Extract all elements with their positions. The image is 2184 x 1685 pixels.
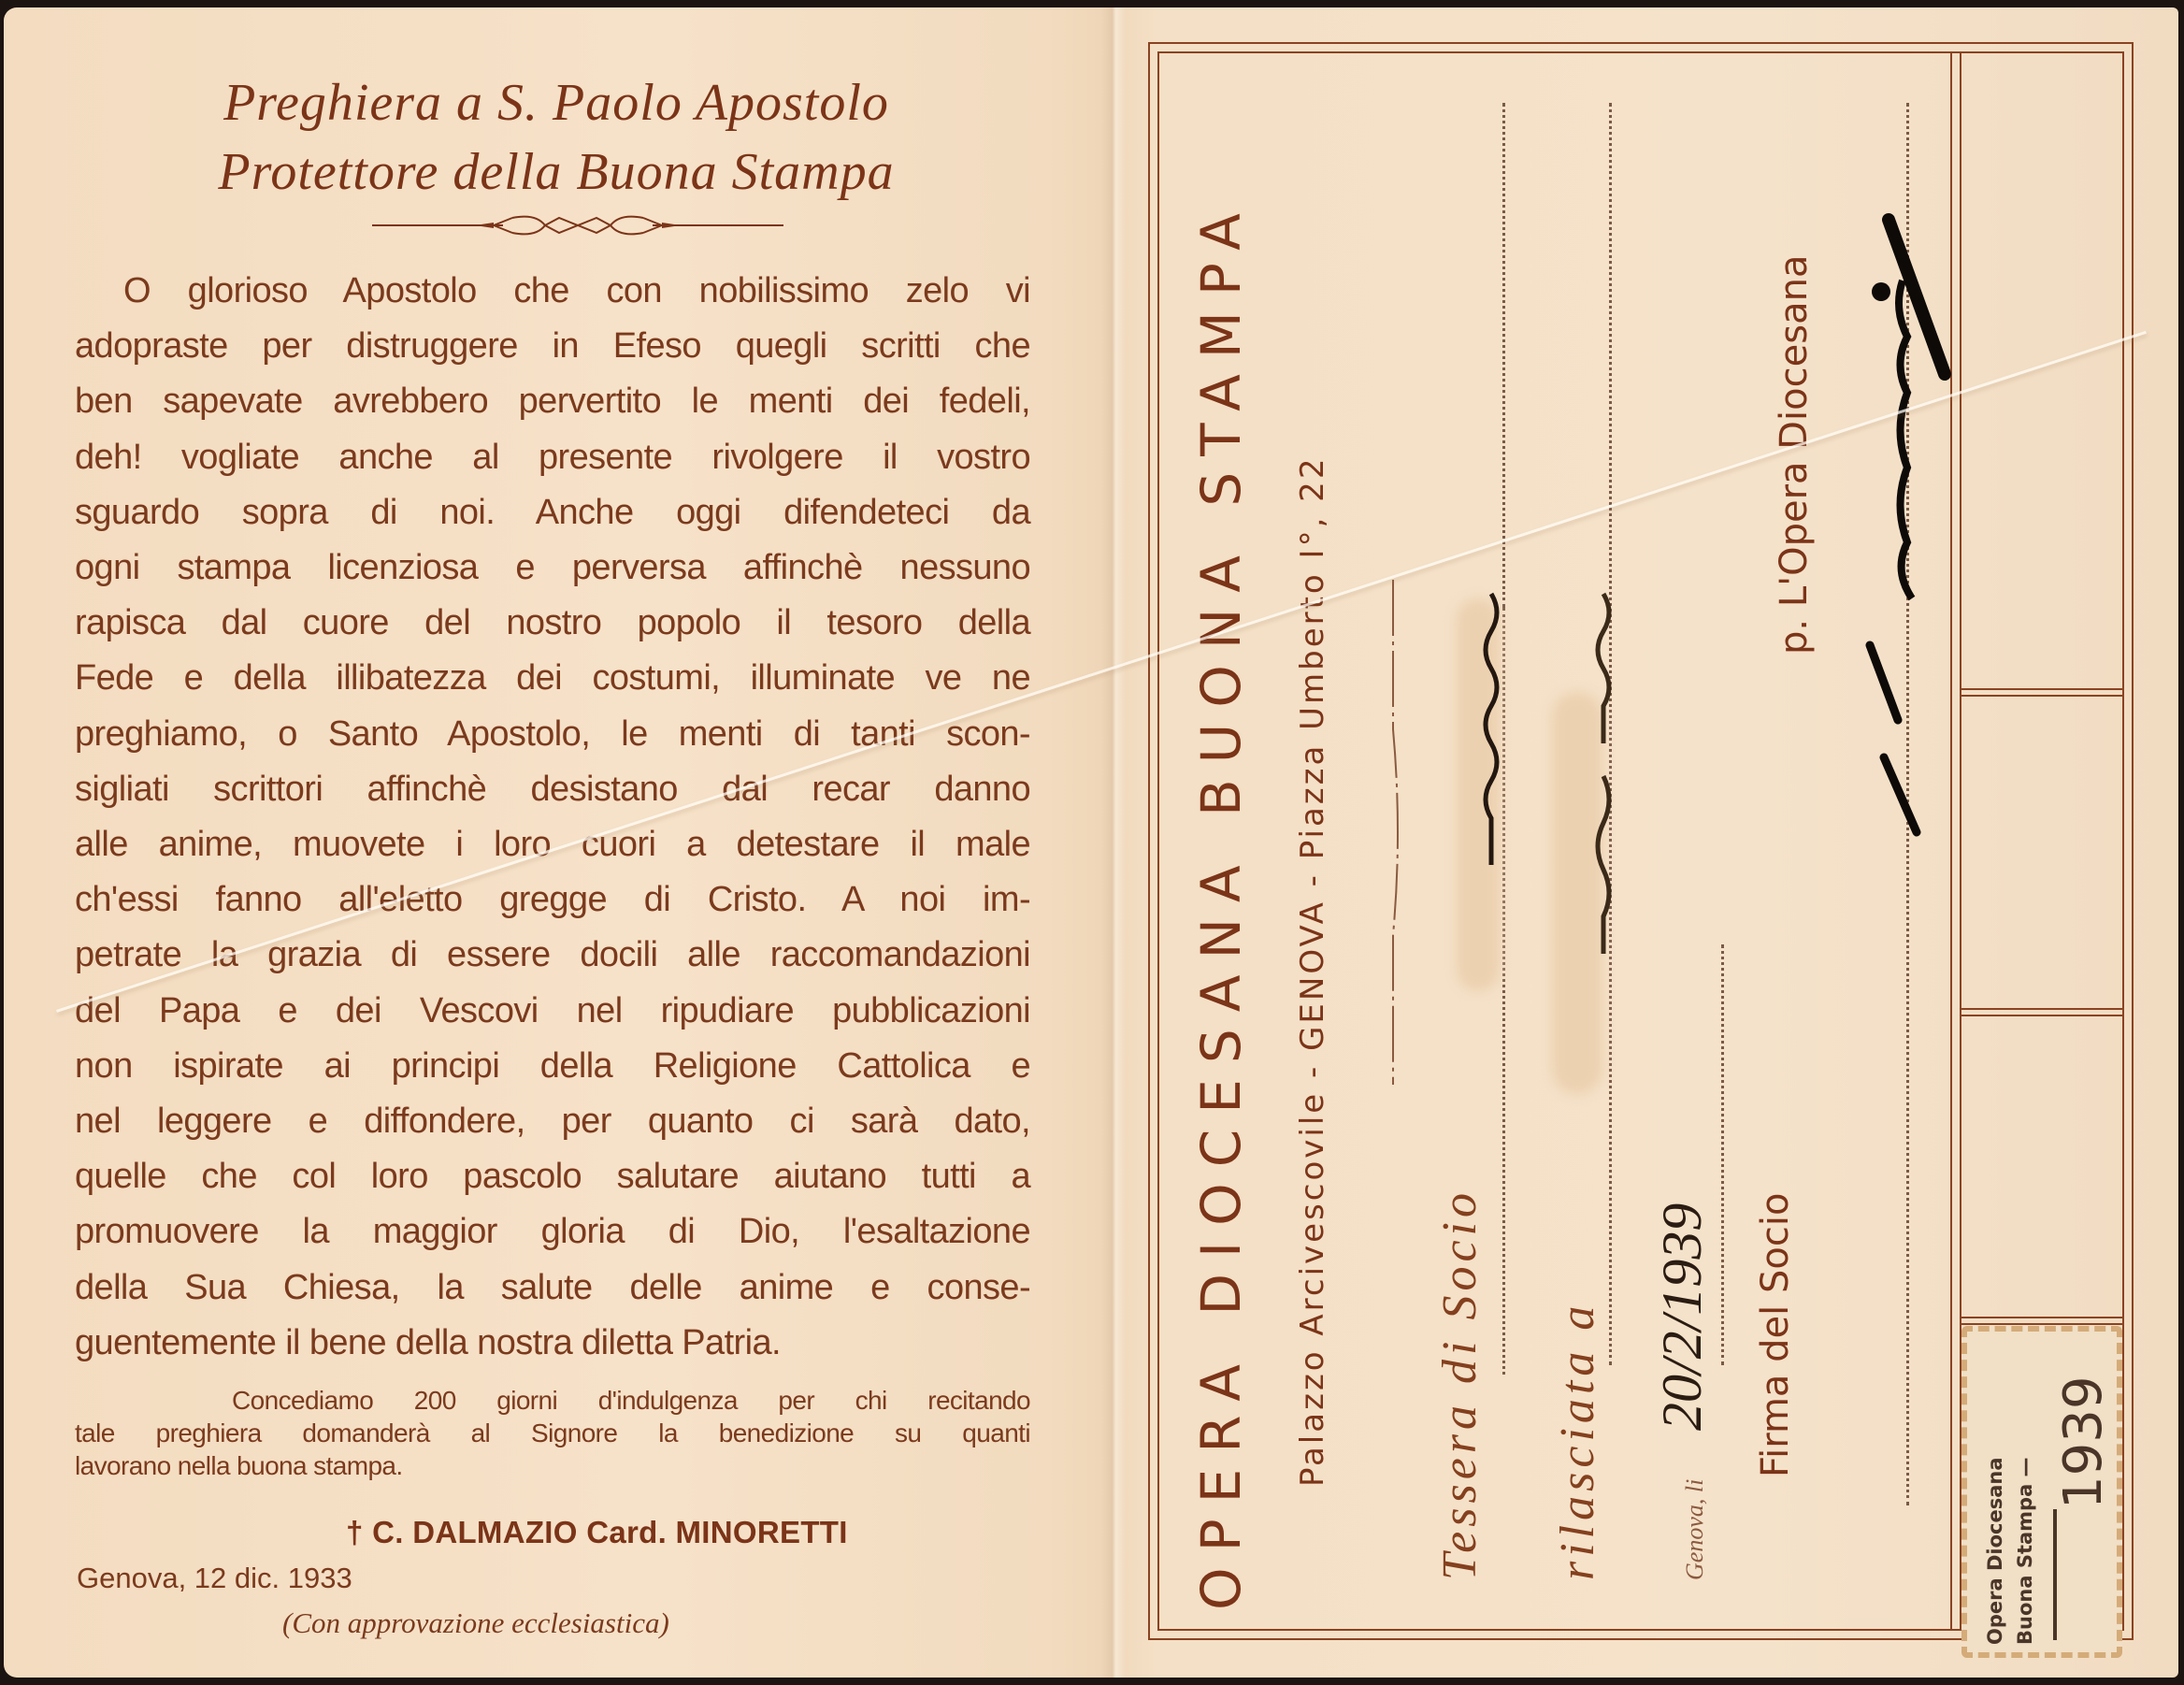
stamp-line-2: Buona Stampa — — [2014, 1457, 2036, 1645]
handwritten-signature — [1832, 196, 1963, 851]
stamp-line-1: Opera Diocesana — [1984, 1457, 2006, 1645]
dotted-rule — [1721, 944, 1724, 1365]
organization-name: OPERA DIOCESANA BUONA STAMPA — [1189, 197, 1253, 1610]
prayer-line: sigliati scrittori affinchè desistano da… — [75, 762, 1030, 817]
prayer-line: alle anime, muovete i loro cuori a detes… — [75, 817, 1030, 872]
dotted-rule — [1502, 103, 1505, 608]
decorative-bracket-icon — [1374, 580, 1412, 1085]
handwritten-issued-to — [1589, 589, 1617, 1001]
member-signature-label: Firma del Socio — [1754, 1193, 1797, 1477]
date-label: Genova, li — [1681, 1479, 1709, 1580]
issued-to-label: rilasciata a — [1550, 1302, 1605, 1580]
prayer-line: Fede e della illibatezza dei costumi, il… — [75, 651, 1030, 706]
prayer-body: O glorioso Apostolo che con nobilissimo … — [75, 264, 1030, 1371]
prayer-line: non ispirate ai principi della Religione… — [75, 1039, 1030, 1094]
card-label: Tessera di Socio — [1432, 1188, 1487, 1580]
prayer-page: Preghiera a S. Paolo Apostolo Protettore… — [65, 0, 1047, 1685]
indulgence-note: Concediamo 200 giorni d'indulgenza per c… — [75, 1384, 1030, 1482]
prayer-line: del Papa e dei Vescovi nel ripudiare pub… — [75, 984, 1030, 1039]
prayer-line: ben sapevate avrebbero pervertito le men… — [75, 374, 1030, 429]
center-fold — [1101, 7, 1126, 1678]
prayer-line: quelle che col loro pascolo salutare aiu… — [75, 1149, 1030, 1204]
org-signature-label: p. L'Opera Diocesana — [1773, 255, 1816, 655]
prayer-title-line-1: Preghiera a S. Paolo Apostolo — [65, 73, 1047, 133]
indulgence-line: tale preghiera domanderà al Signore la b… — [75, 1417, 1030, 1449]
prayer-line: preghiamo, o Santo Apostolo, le menti di… — [75, 707, 1030, 762]
box-divider — [1961, 1008, 2124, 1016]
prayer-line: nel leggere e diffondere, per quanto ci … — [75, 1094, 1030, 1149]
box-divider — [1961, 688, 2124, 697]
prayer-line: guentemente il bene della nostra diletta… — [75, 1316, 1030, 1371]
cardinal-signature: † C. DALMAZIO Card. MINORETTI — [346, 1515, 848, 1550]
prayer-line: ogni stampa licenziosa e perversa affinc… — [75, 540, 1030, 596]
prayer-line: sguardo sopra di noi. Anche oggi difende… — [75, 485, 1030, 540]
handwritten-date: 20/2/1939 — [1650, 1203, 1715, 1431]
place-date: Genova, 12 dic. 1933 — [77, 1562, 352, 1595]
prayer-line: adopraste per distruggere in Efeso quegl… — [75, 319, 1030, 374]
prayer-line: O glorioso Apostolo che con nobilissimo … — [75, 264, 1030, 319]
indulgence-line: lavorano nella buona stampa. — [75, 1449, 1030, 1482]
prayer-line: ch'essi fanno all'eletto gregge di Crist… — [75, 872, 1030, 928]
box-divider — [1961, 1317, 2124, 1325]
stamp-rule — [2053, 1509, 2057, 1640]
prayer-line: promuovere la maggior gloria di Dio, l'e… — [75, 1204, 1030, 1260]
indulgence-line: Concediamo 200 giorni d'indulgenza per c… — [75, 1384, 1030, 1417]
organization-address: Palazzo Arcivescovile - GENOVA - Piazza … — [1294, 456, 1331, 1487]
stamp-year: 1939 — [2053, 1375, 2114, 1509]
prayer-line: rapisca dal cuore del nostro popolo il t… — [75, 596, 1030, 651]
prayer-line: della Sua Chiesa, la salute delle anime … — [75, 1260, 1030, 1316]
prayer-line: deh! vogliate anche al presente rivolger… — [75, 430, 1030, 485]
ecclesiastical-approval: (Con approvazione ecclesiastica) — [282, 1606, 669, 1640]
prayer-title-line-2: Protettore della Buona Stampa — [65, 142, 1047, 202]
membership-stamp: Opera Diocesana Buona Stampa — 1939 — [1961, 1326, 2122, 1658]
handwritten-name — [1477, 589, 1505, 870]
ornamental-divider-icon — [372, 213, 783, 238]
prayer-line: petrate la grazia di essere docili alle … — [75, 928, 1030, 983]
